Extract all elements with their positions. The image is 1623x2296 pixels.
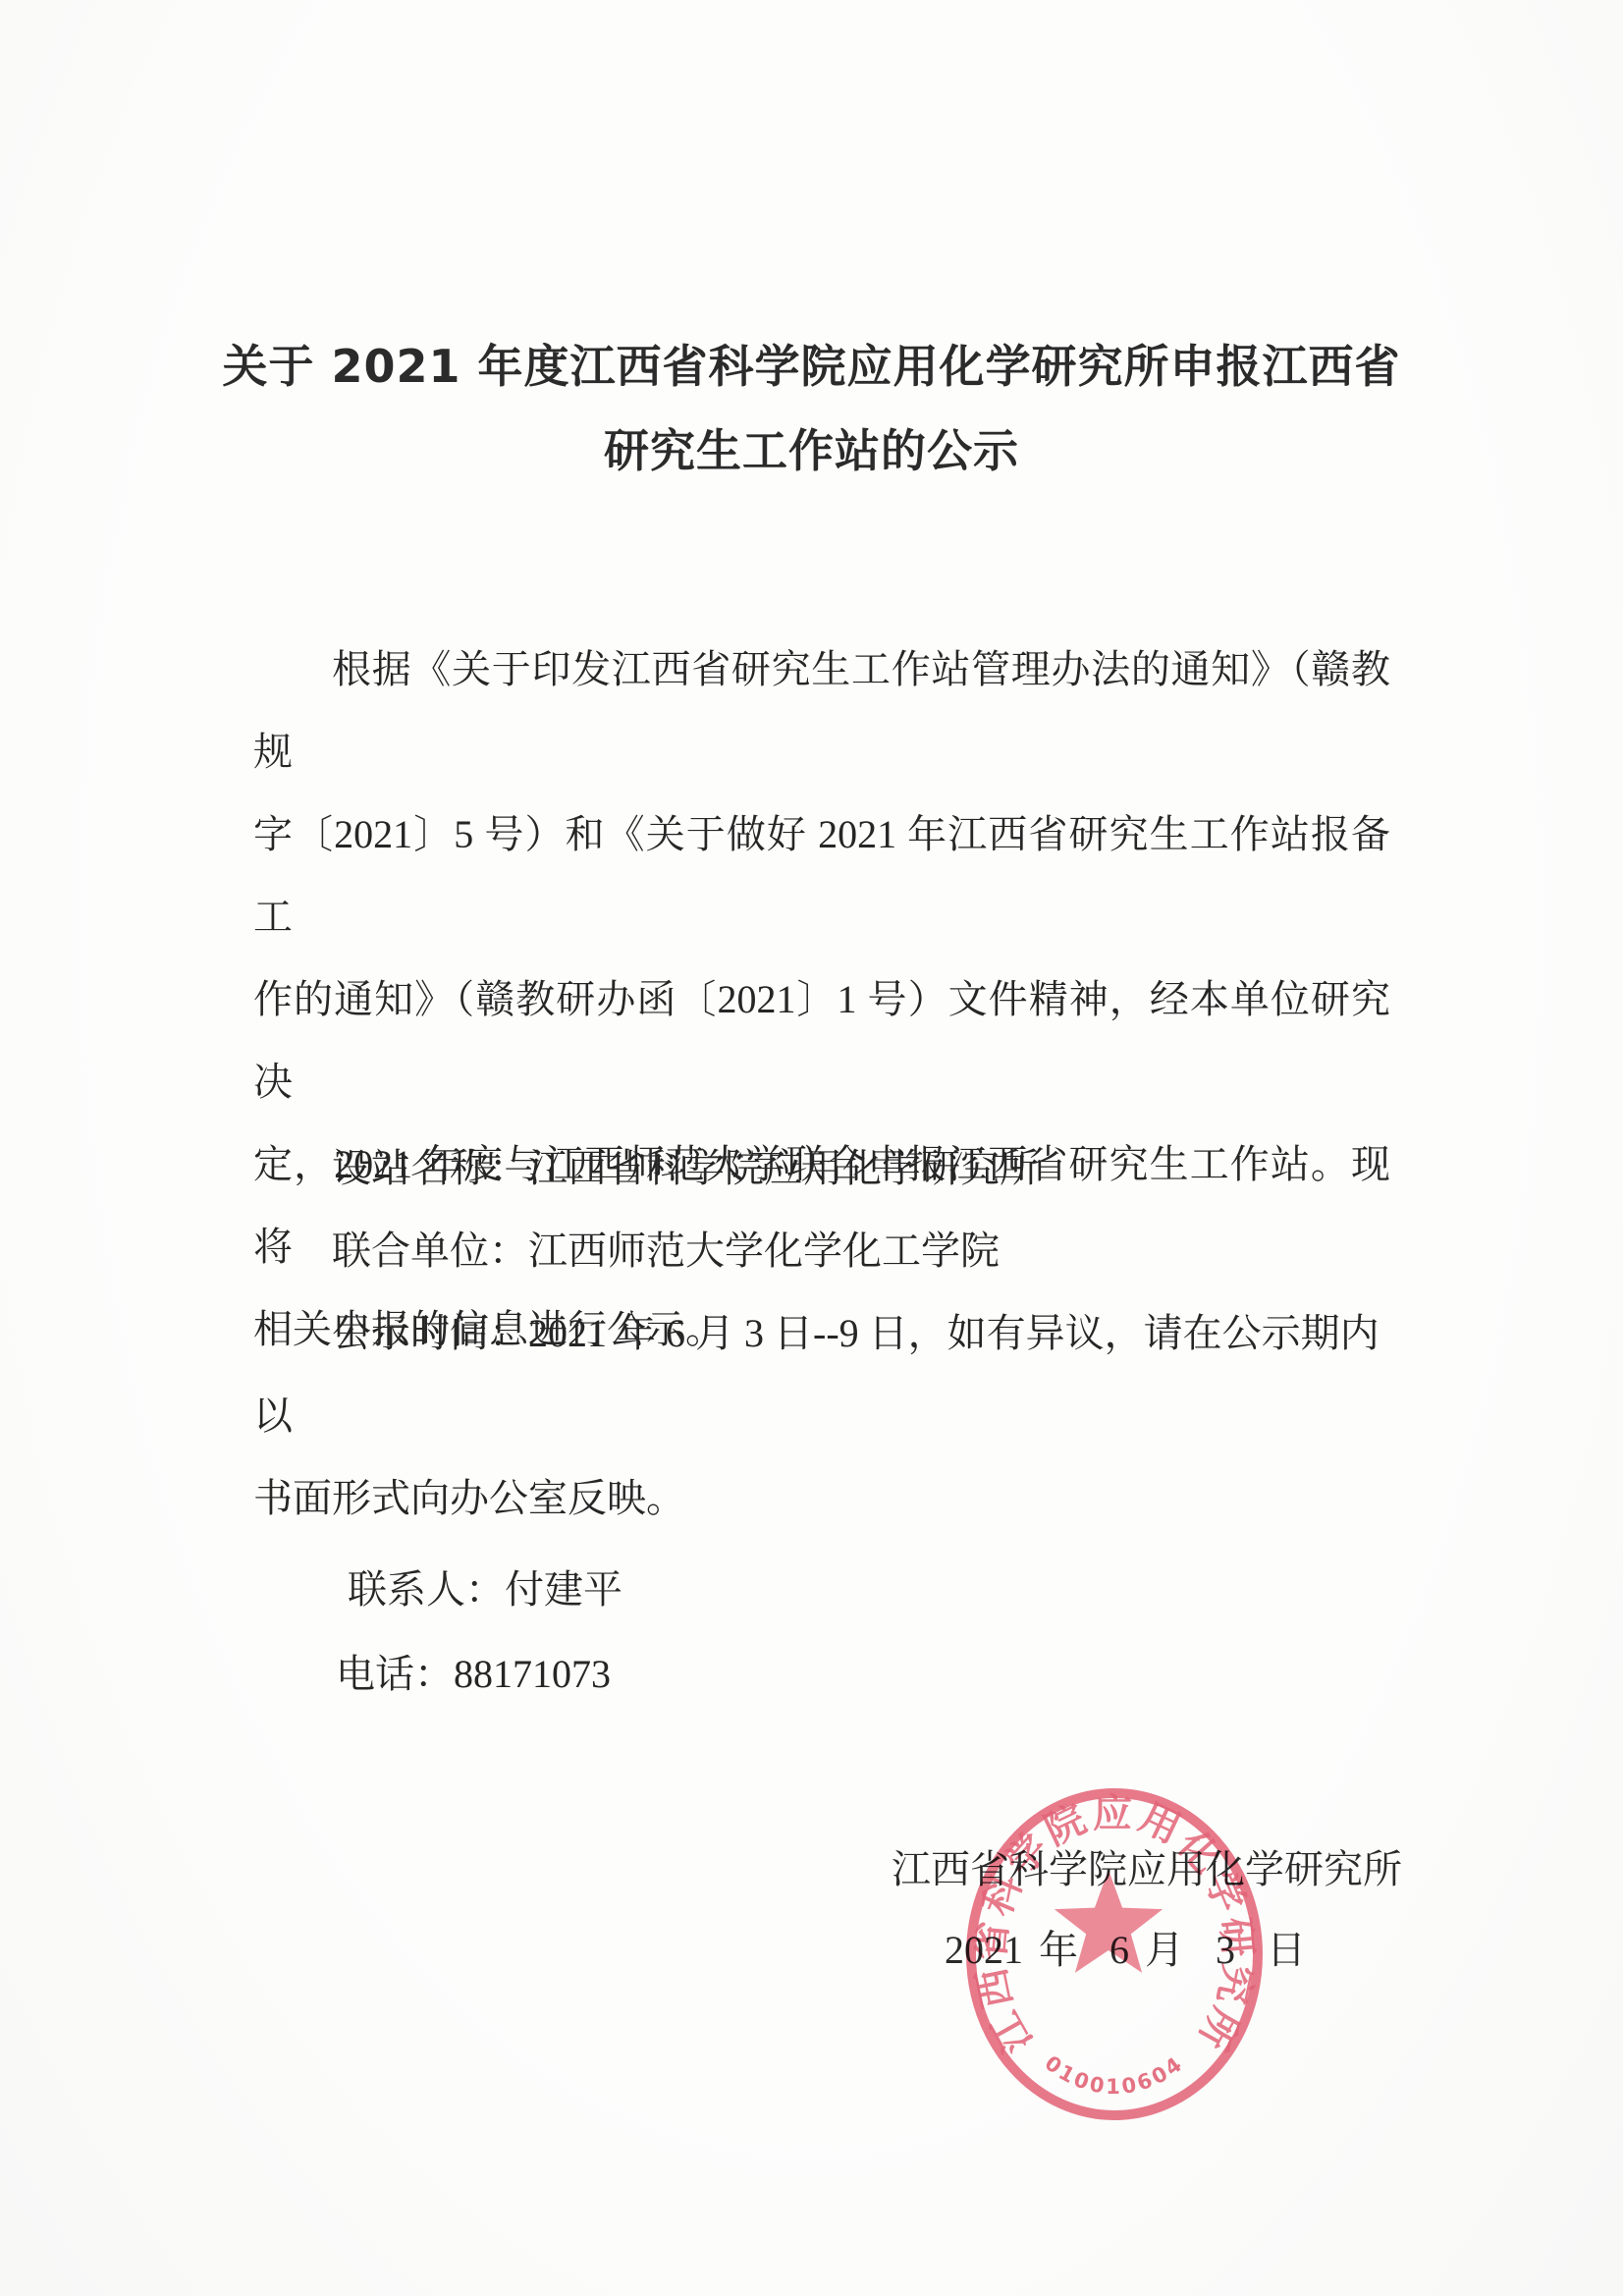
star-icon [1055,1870,1163,1973]
announcement-document: 关于 2021 年度江西省科学院应用化学研究所申报江西省 研究生工作站的公示 根… [0,0,1623,2296]
joint-unit-line: 联合单位：江西师范大学化学化工学院 [253,1210,1390,1292]
publicity-period-line: 公示时间：2021 年 6 月 3 日--9 日，如有异议，请在公示期内以 [253,1292,1390,1457]
title-line-2: 研究生工作站的公示 [0,409,1623,493]
feedback-line: 书面形式向办公室反映。 [253,1457,1390,1540]
contact-phone-line: 电话：88171073 [253,1632,1390,1717]
station-info: 设站名称：江西省科学院应用化学研究所 联合单位：江西师范大学化学化工学院 公示时… [253,1127,1390,1540]
paragraph-line: 作的通知》（赣教研办函〔2021〕1 号）文件精神，经本单位研究决 [253,958,1390,1123]
contact-block: 联系人：付建平 电话：88171073 [253,1548,1390,1717]
station-name-line: 设站名称：江西省科学院应用化学研究所 [253,1127,1390,1210]
paragraph-line: 根据《关于印发江西省研究生工作站管理办法的通知》（赣教规 [253,629,1390,793]
paragraph-line: 字〔2021〕5 号）和《关于做好 2021 年江西省研究生工作站报备工 [253,793,1390,958]
contact-person-line: 联系人：付建平 [253,1548,1390,1632]
title-line-1: 关于 2021 年度江西省科学院应用化学研究所申报江西省 [0,324,1623,409]
document-title: 关于 2021 年度江西省科学院应用化学研究所申报江西省 研究生工作站的公示 [0,324,1623,493]
official-seal: 江西省科学院应用化学研究所 3601001060476 [957,1779,1271,2129]
seal-code-text: 3601001060476 [1041,1936,1189,2099]
